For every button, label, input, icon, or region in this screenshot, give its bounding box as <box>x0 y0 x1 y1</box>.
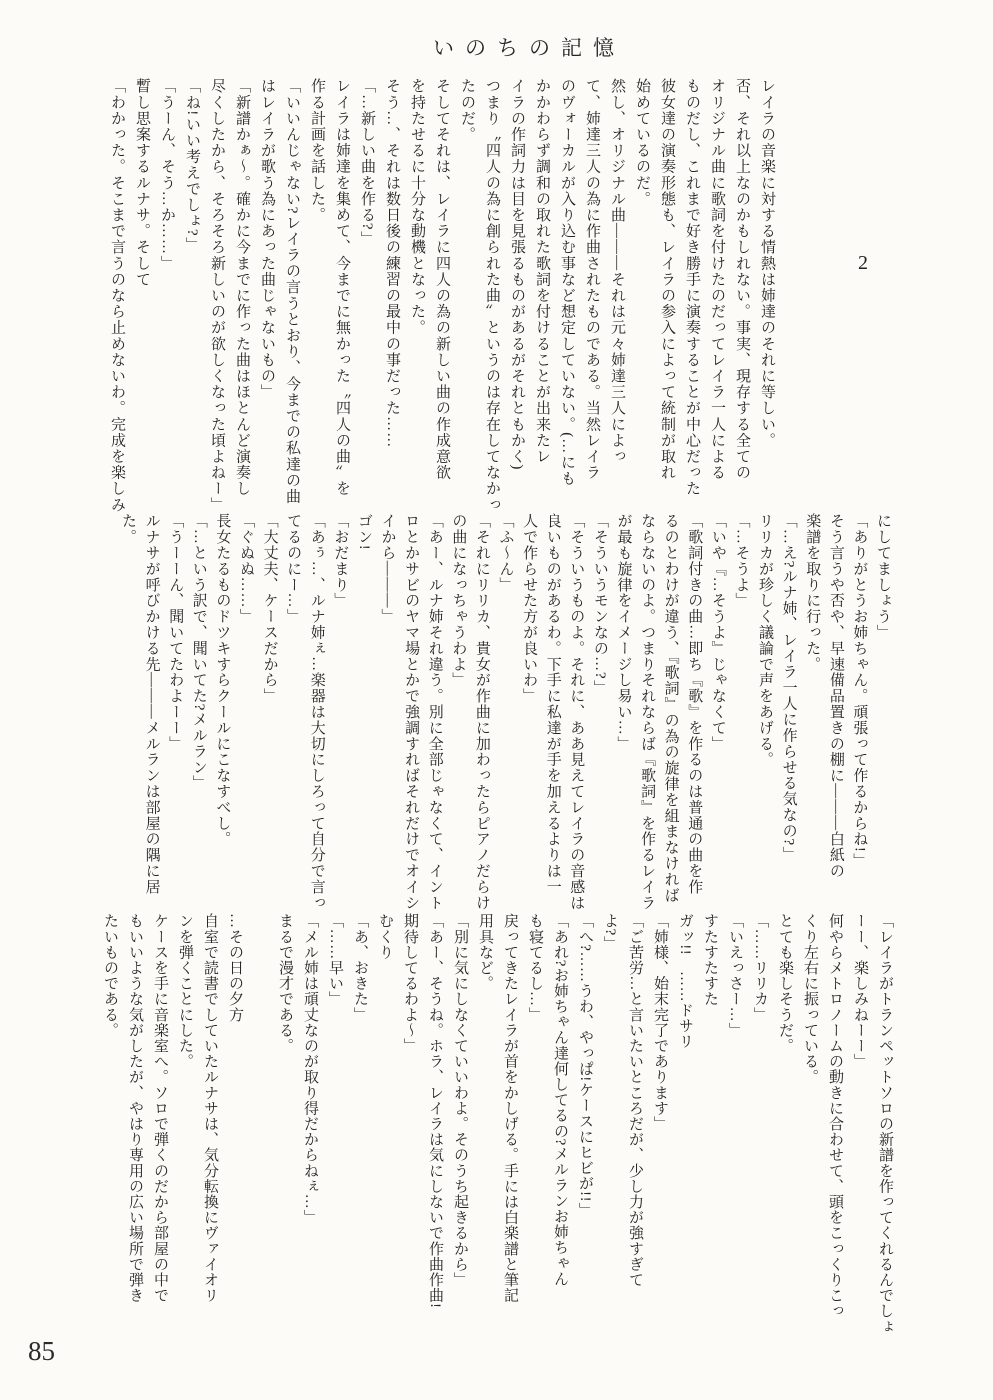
text-column: 「…新しい曲を作る?」 <box>354 78 379 522</box>
text-column: 作る計画を話した。 <box>304 78 329 522</box>
text-column: ルナサが呼びかける先―――メルランは部屋の隅に居 <box>139 513 163 903</box>
text-column: 「おだまり」 <box>328 513 352 903</box>
text-column: 「そういうものよ。それに、ああ見えてレイラの音感は <box>564 513 588 903</box>
text-column: ロとかサビのヤマ場とかで強調すればそれだけでオイシ <box>399 513 423 903</box>
text-column: よ?」 <box>597 913 622 1337</box>
text-column: 「わかった。そこまで言うのなら止めないわ。完成を楽しみ <box>104 78 129 522</box>
text-column: ーー、楽しみねーー」 <box>847 913 872 1337</box>
text-column: にしてましょう」 <box>870 513 894 903</box>
text-column: るのとわけが違う、『歌詞』の為の旋律を組まなければ <box>658 513 682 903</box>
text-column: 暫し思案するルナサ。そして <box>129 78 154 522</box>
text-column: て、姉達三人の為に作曲されたものである。当然レイラ <box>579 78 604 522</box>
page-title: いのちの記憶 <box>433 32 625 62</box>
text-column: 「……早い」 <box>322 913 347 1337</box>
text-column: 然し、オリジナル曲―――それは元々姉達三人によっ <box>604 78 629 522</box>
text-column: 「新譜かぁ〜。確かに今までに作った曲はほとんど演奏し <box>229 78 254 522</box>
text-column: 「メル姉は頑丈なのが取り得だからねぇ…」 <box>297 913 322 1337</box>
book-page-number: 85 <box>28 1336 55 1367</box>
text-column: のヴォーカルが入り込む事など想定していない。(…にも <box>554 78 579 522</box>
text-column: 「いえっさー…」 <box>722 913 747 1337</box>
text-column: もいいような気がしたが、やはり専用の広い場所で弾き <box>122 913 147 1337</box>
text-column: はレイラが歌う為にあった曲じゃないもの」 <box>254 78 279 522</box>
text-column: 期待してるわよ〜」 <box>397 913 422 1337</box>
text-column: 「ありがとうお姉ちゃん。頑張って作るからね!」 <box>847 513 871 903</box>
text-column: 「大丈夫、ケースだから」 <box>257 513 281 903</box>
text-column: ガッ!! ……ドサリ <box>672 913 697 1337</box>
text-column: た。 <box>115 513 139 903</box>
text-column: 「ね!いい考えでしょ?」 <box>179 78 204 522</box>
text-column: イから―――」 <box>375 513 399 903</box>
text-column: 「あー、そうね。ホラ、レイラは気にしないで作曲作曲! <box>422 913 447 1337</box>
text-column: 「それにリリカ、貴女が作曲に加わったらピアノだらけ <box>469 513 493 903</box>
text-column: 楽譜を取りに行った。 <box>800 513 824 903</box>
text-column: を持たせるに十分な動機となった。 <box>404 78 429 522</box>
text-column: 何やらメトロノームの動きに合わせて、頭をこっくりこっ <box>822 913 847 1337</box>
text-column: 尽くしたから、そろそろ新しいのが欲しくなった頃よねー」 <box>204 78 229 522</box>
text-column: 長女たるものドツキすらクールにこなすべし。 <box>210 513 234 903</box>
text-column: 「いや『…そうよ』じゃなくて」 <box>705 513 729 903</box>
text-column: レイラは姉達を集めて、今までに無かった〝四人の曲〟を <box>329 78 354 522</box>
text-column: てるのにー…」 <box>281 513 305 903</box>
text-column: 「いいんじゃない?レイラの言うとおり、今までの私達の曲 <box>279 78 304 522</box>
text-column: ものだし、これまで好き勝手に演奏することが中心だった <box>679 78 704 522</box>
text-column: たのだ。 <box>454 78 479 522</box>
text-column: 戻ってきたレイラが首をかしげる。手には白楽譜と筆記 <box>497 913 522 1337</box>
text-column: 「……リリカ」 <box>747 913 772 1337</box>
text-column: の曲になっちゃうわよ」 <box>446 513 470 903</box>
text-column: 用具など。 <box>472 913 497 1337</box>
text-column: 「あー、ルナ姉それ違う。別に全部じゃなくて、イント <box>422 513 446 903</box>
text-column: 「レイラがトランペットソロの新譜を作ってくれるんでしょ <box>872 913 897 1337</box>
text-block-1: レイラの音楽に対する情熱は姉達のそれに等しい。否、それ以上なのかもしれない。事実… <box>104 78 779 522</box>
text-column: 「あぅ…、ルナ姉ぇ…楽器は大切にしろって自分で言っ <box>304 513 328 903</box>
text-column: が最も旋律をイメージし易い…」 <box>611 513 635 903</box>
text-column: すたすたすた <box>697 913 722 1337</box>
text-column: 「ぐぬぬ……」 <box>233 513 257 903</box>
text-column: かかわらず調和の取れた歌詞を付けることが出来たレ <box>529 78 554 522</box>
text-column: …その日の夕方 <box>222 913 247 1337</box>
text-column: 人で作らせた方が良いわ」 <box>517 513 541 903</box>
text-column: リリカが珍しく議論で声をあげる。 <box>752 513 776 903</box>
text-column: 「ご苦労…と言いたいところだが、少し力が強すぎて <box>622 913 647 1337</box>
text-column: むくり <box>372 913 397 1337</box>
text-column: 「そういうモンなの…?」 <box>587 513 611 903</box>
text-column: 「姉様、始末完了であります」 <box>647 913 672 1337</box>
text-column: つまり〝四人の為に創られた曲〟というのは存在してなかっ <box>479 78 504 522</box>
text-column: 「…という訳で、聞いてた?メルラン」 <box>186 513 210 903</box>
text-column: 良いものがあるわ。下手に私達が手を加えるよりは一 <box>540 513 564 903</box>
novel-page: いのちの記憶 2 レイラの音楽に対する情熱は姉達のそれに等しい。否、それ以上なの… <box>0 0 993 1400</box>
text-column: 自室で読書でしていたルナサは、気分転換にヴァイオリ <box>197 913 222 1337</box>
text-column: たいものである。 <box>97 913 122 1337</box>
text-column: 「…そうよ」 <box>729 513 753 903</box>
text-column: 「…え?ルナ姉、レイラ一人に作らせる気なの?」 <box>776 513 800 903</box>
text-column: も寝てるし…」 <box>522 913 547 1337</box>
text-column: 「別に気にしなくていいわよ。そのうち起きるから」 <box>447 913 472 1337</box>
text-column: とても楽しそうだ。 <box>772 913 797 1337</box>
text-column: 「あ、おきた」 <box>347 913 372 1337</box>
text-column: 否、それ以上なのかもしれない。事実、現存する全ての <box>729 78 754 522</box>
text-column: そしてそれは、レイラに四人の為の新しい曲の作成意欲 <box>429 78 454 522</box>
text-column: オリジナル曲に歌詞を付けたのだってレイラ一人による <box>704 78 729 522</box>
text-column <box>247 913 272 1337</box>
text-column: 「歌詞付きの曲…即ち『歌』を作るのは普通の曲を作 <box>682 513 706 903</box>
text-column: 始めているのだ。 <box>629 78 654 522</box>
text-column: そう…、それは数日後の練習の最中の事だった…… <box>379 78 404 522</box>
text-column: 「ふ〜ん」 <box>493 513 517 903</box>
chapter-page-number: 2 <box>858 252 868 275</box>
text-column: そう言うや否や、早速備品置きの棚に―――白紙の <box>823 513 847 903</box>
text-column: 「うーん、そう…か……」 <box>154 78 179 522</box>
text-column: 彼女達の演奏形態も、レイラの参入によって統制が取れ <box>654 78 679 522</box>
text-block-2: にしてましょう」「ありがとうお姉ちゃん。頑張って作るからね!」そう言うや否や、早… <box>115 513 894 903</box>
text-column: イラの作詞力は目を見張るものがあるがそれともかく) <box>504 78 529 522</box>
text-column: 「うーーん、聞いてたわよーー」 <box>163 513 187 903</box>
text-column: ゴン! <box>351 513 375 903</box>
text-column: ンを弾くことにした。 <box>172 913 197 1337</box>
text-column: くり左右に振っている。 <box>797 913 822 1337</box>
text-column: 「あれ?お姉ちゃん達何してるの?メルランお姉ちゃん <box>547 913 572 1337</box>
text-column: 「へ?……うわ、やっぱ!ケースにヒビが!!」 <box>572 913 597 1337</box>
text-column: ならないのよ。つまりそれならば『歌詞』を作るレイラ <box>634 513 658 903</box>
text-column: まるで漫才である。 <box>272 913 297 1337</box>
text-column: ケースを手に音楽室へ。ソロで弾くのだから部屋の中で <box>147 913 172 1337</box>
text-column: レイラの音楽に対する情熱は姉達のそれに等しい。 <box>754 78 779 522</box>
text-block-3: 「レイラがトランペットソロの新譜を作ってくれるんでしょーー、楽しみねーー」何やら… <box>97 913 897 1337</box>
